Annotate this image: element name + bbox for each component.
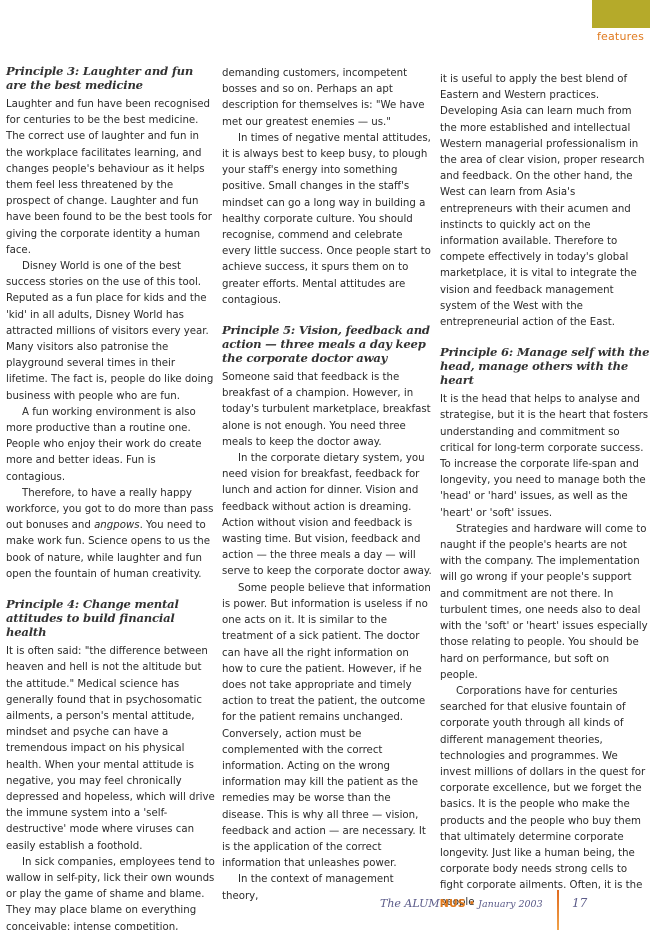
paragraph: It is often said: "the difference betwee…	[6, 644, 216, 855]
paragraph: Some people believe that information is …	[222, 581, 432, 873]
spacer	[6, 583, 216, 597]
footer-divider	[557, 890, 559, 930]
paragraph: In the corporate dietary system, you nee…	[222, 451, 432, 581]
issue-date: January 2003	[478, 899, 542, 910]
paragraph: demanding customers, incompetent bosses …	[222, 66, 432, 131]
heading-principle-5: Principle 5: Vision, feedback and action…	[222, 323, 432, 365]
paragraph: it is useful to apply the best blend of …	[440, 72, 650, 331]
footer-separator: •	[466, 897, 479, 910]
publication-name: The ALUM	[380, 897, 440, 910]
paragraph: Someone said that feedback is the breakf…	[222, 370, 432, 451]
publication-footer: The ALUMNUS•January 2003	[380, 897, 543, 910]
paragraph: Disney World is one of the best success …	[6, 259, 216, 405]
paragraph: Laughter and fun have been recognised fo…	[6, 97, 216, 259]
heading-principle-6: Principle 6: Manage self with the head, …	[440, 345, 650, 387]
paragraph: Strategies and hardware will come to nau…	[440, 522, 650, 684]
spacer	[440, 331, 650, 345]
section-color-tab	[592, 0, 650, 28]
paragraph: In times of negative mental attitudes, i…	[222, 131, 432, 309]
paragraph: Therefore, to have a really happy workfo…	[6, 486, 216, 583]
page-number: 17	[572, 896, 587, 910]
heading-principle-3: Principle 3: Laughter and fun are the be…	[6, 64, 216, 92]
column-1: Principle 3: Laughter and fun are the be…	[6, 64, 216, 930]
heading-principle-4: Principle 4: Change mental attitudes to …	[6, 597, 216, 639]
column-3: it is useful to apply the best blend of …	[440, 72, 650, 911]
publication-name-highlight: NUS	[440, 897, 466, 910]
paragraph: Corporations have for centuries searched…	[440, 684, 650, 911]
paragraph: It is the head that helps to analyse and…	[440, 392, 650, 522]
paragraph: A fun working environment is also more p…	[6, 405, 216, 486]
column-2: demanding customers, incompetent bosses …	[222, 66, 432, 905]
paragraph: In sick companies, employees tend to wal…	[6, 855, 216, 930]
section-label: features	[597, 30, 644, 43]
italic-term: angpows	[94, 520, 140, 531]
spacer	[222, 309, 432, 323]
